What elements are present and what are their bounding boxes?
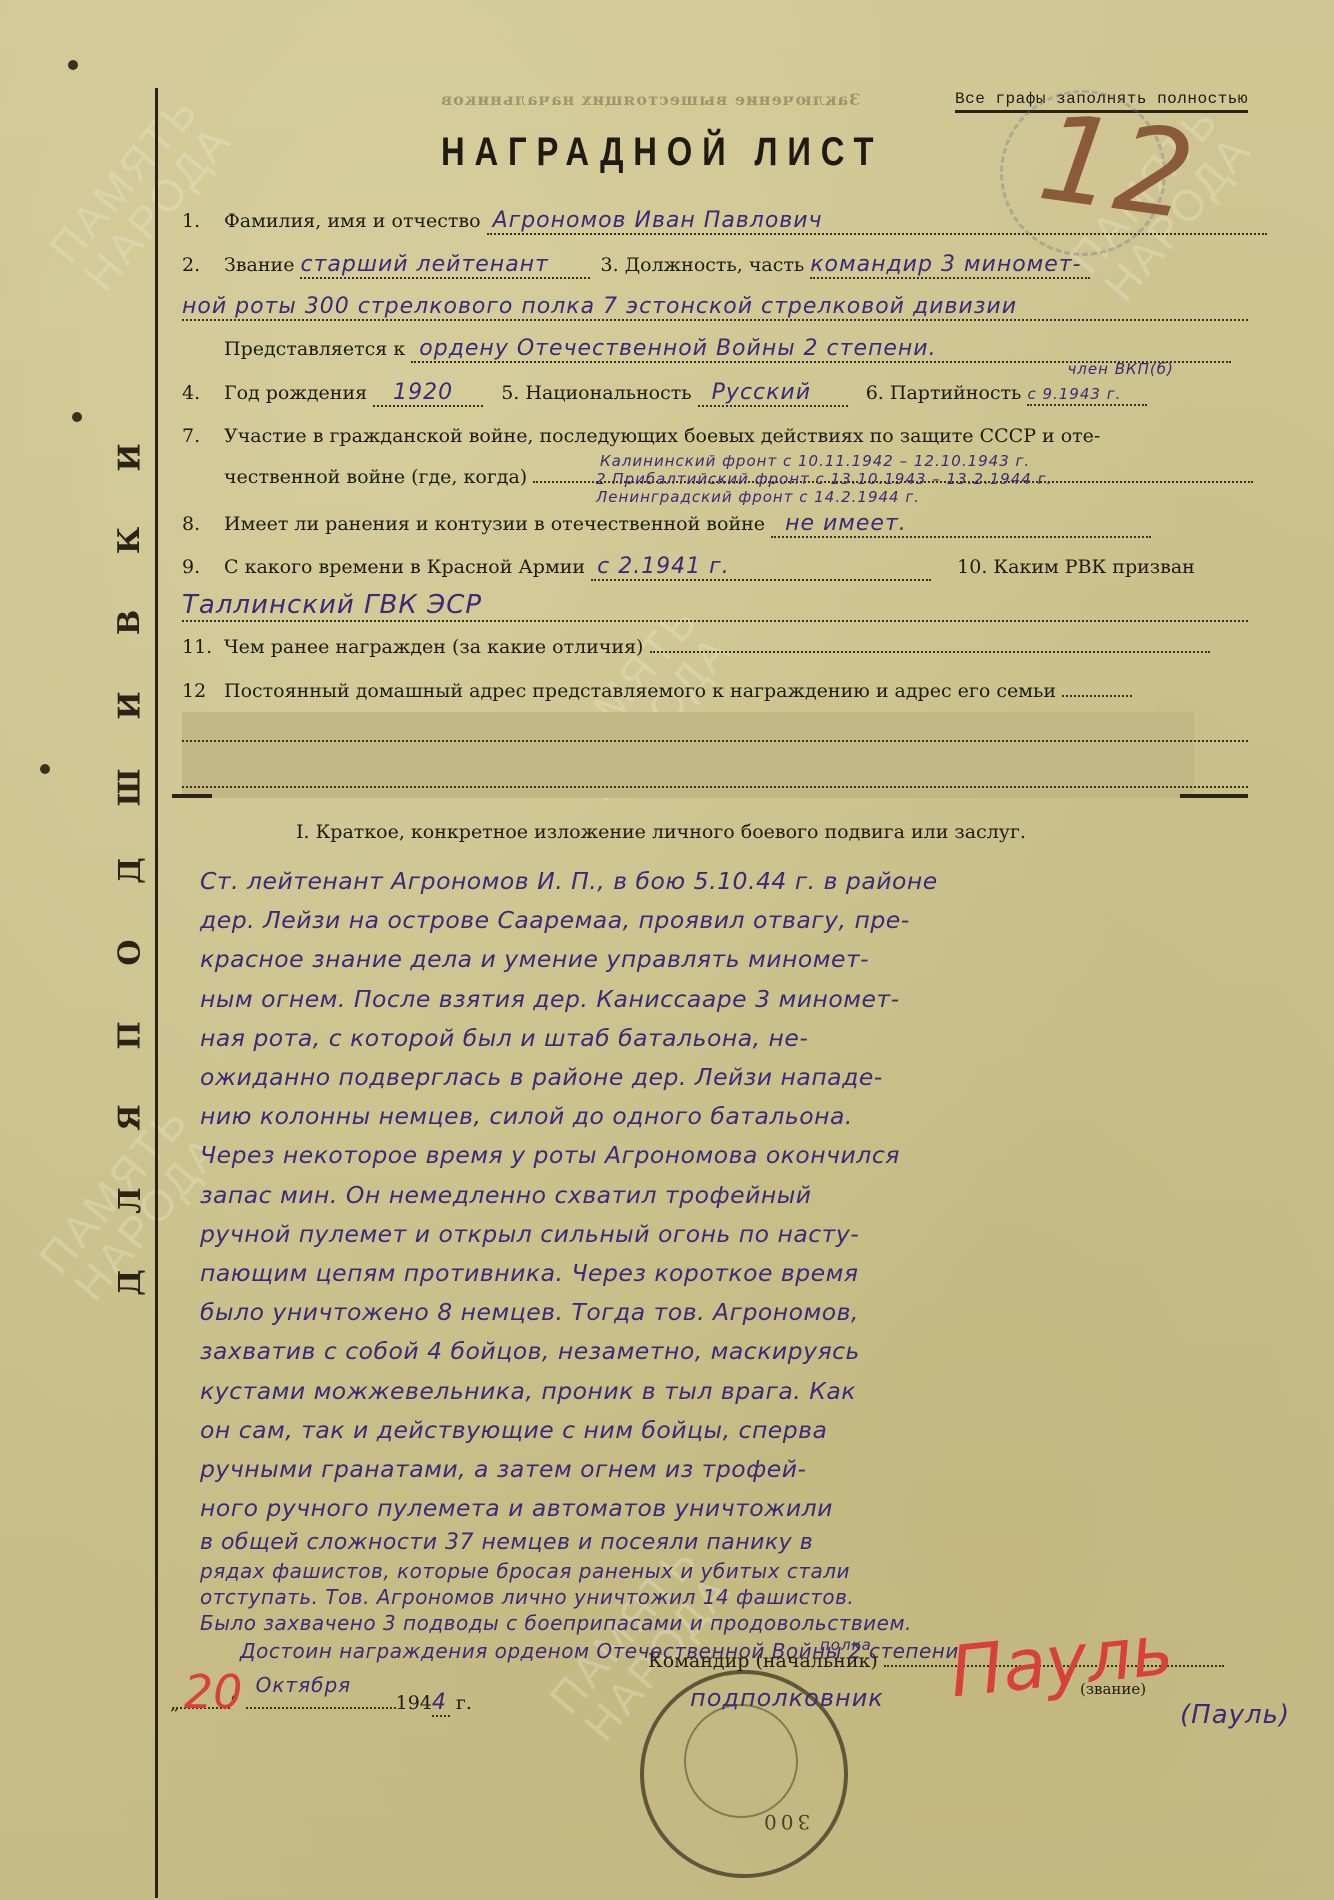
birth-year-value: 1920: [393, 380, 453, 405]
commander-name-value: (Пауль): [1180, 1700, 1290, 1730]
wounds-value: не имеет.: [785, 511, 907, 536]
date-day-value: 20: [184, 1665, 243, 1719]
field-position-continued: ной роты 300 стрелкового полка 7 эстонск…: [182, 294, 1248, 321]
award-value: ордену Отечественной Войны 2 степени.: [419, 336, 936, 361]
punch-hole: [72, 412, 82, 422]
stamp-number: 300: [760, 1810, 810, 1834]
commander-rank-value: подполковник: [690, 1684, 884, 1712]
army-since-value: с 2.1941 г.: [597, 554, 730, 579]
field-army-since: 9.С какого времени в Красной Армии с 2.1…: [182, 554, 1248, 581]
field-rank-position: 2.Звание старший лейтенант 3. Должность,…: [182, 252, 1248, 279]
field-home-address: 12Постоянный домашный адрес представляем…: [182, 680, 1248, 702]
binding-margin-label: ДЛЯ ПОД ШИВ КИ: [100, 440, 160, 1300]
dotted-line: [182, 740, 1248, 742]
field-wounds: 8.Имеет ли ранения и контузии в отечеств…: [182, 511, 1248, 538]
feat-description: Ст. лейтенант Агрономов И. П., в бою 5.1…: [200, 862, 1300, 1666]
party-value: с 9.1943 г.: [1027, 385, 1121, 403]
front-service-line: Ленинградский фронт с 14.2.1944 г.: [596, 488, 920, 506]
section-heading: I. Краткое, конкретное изложение личного…: [296, 821, 1026, 843]
field-previous-awards: 11.Чем ранее награжден (за какие отличия…: [182, 636, 1248, 658]
document-title: НАГРАДНОЙ ЛИСТ: [115, 130, 1209, 175]
separator: [1180, 794, 1248, 798]
field-enlistment-office: Таллинский ГВК ЭСР: [182, 590, 1248, 622]
punch-hole: [68, 60, 78, 70]
separator: [172, 794, 212, 798]
field-war-participation: 7.Участие в гражданской войне, последующ…: [182, 425, 1248, 447]
field-full-name: 1.Фамилия, имя и отчество Агрономов Иван…: [182, 208, 1248, 235]
field-birth-nationality-party: 4.Год рождения 1920 5. Национальность Ру…: [182, 380, 1248, 407]
nationality-value: Русский: [712, 380, 811, 405]
rank-value: старший лейтенант: [300, 252, 548, 277]
front-service-line: Калининский фронт с 10.11.1942 – 12.10.1…: [600, 452, 1030, 470]
date-year-digit: 4: [432, 1690, 447, 1715]
bleed-through-text: Заключение вышестоящих начальников: [440, 90, 861, 109]
front-service-line: 2 Прибалтийский фронт с 13.10.1943 – 13.…: [596, 470, 1052, 488]
previous-awards-value: [650, 651, 1210, 653]
punch-hole: [40, 764, 50, 774]
enlistment-office-value: Таллинский ГВК ЭСР: [182, 590, 482, 620]
position-value: командир 3 миномет-: [810, 252, 1081, 277]
full-name-value: Агрономов Иван Павлович: [493, 208, 823, 233]
dotted-line: [182, 786, 1248, 788]
date-month-value: Октября: [256, 1673, 352, 1697]
field-nominated-for: Представляется к ордену Отечественной Во…: [182, 336, 1248, 363]
date-line: „20“ Октября1944 г.: [170, 1690, 472, 1717]
